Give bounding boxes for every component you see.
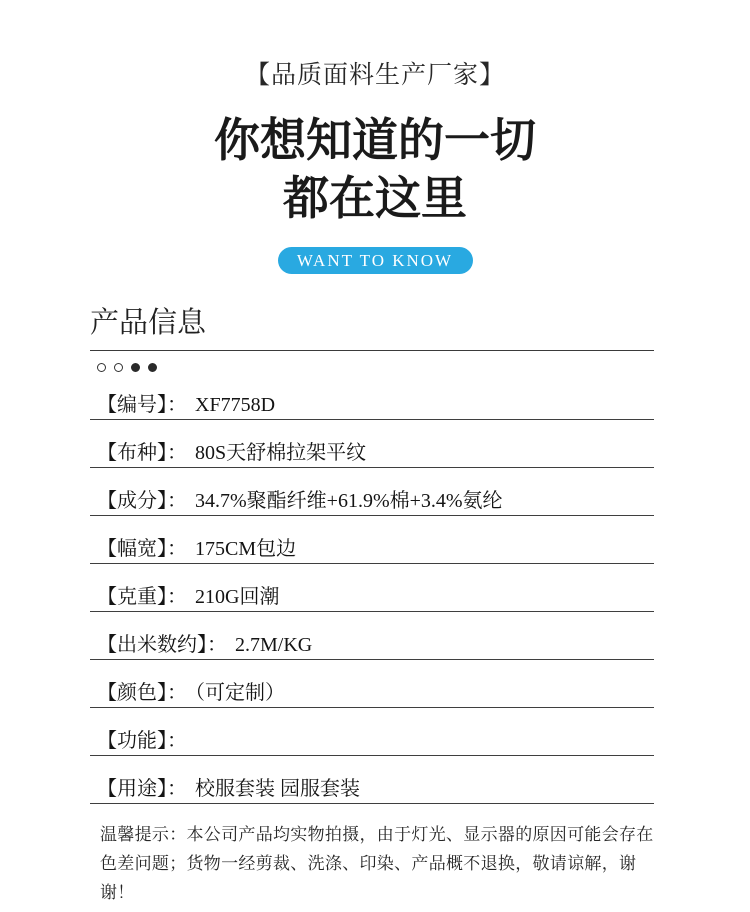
spec-label: 【幅宽】：: [97, 538, 187, 560]
notice-line1: 温馨提示：本公司产品均实物拍摄，由于灯光、显示器的原因可能会存在: [100, 820, 654, 849]
spec-row: 【出米数约】：2.7M/KG: [90, 634, 654, 660]
spec-row: 【克重】：210G回潮: [90, 586, 654, 612]
spec-label: 【功能】：: [97, 730, 187, 752]
spec-label: 【布种】：: [97, 442, 187, 464]
spec-value: 80S天舒棉拉架平纹: [195, 442, 366, 464]
spec-value: 校服套装 园服套装: [195, 778, 360, 800]
spec-value: （可定制）: [195, 682, 285, 704]
spec-list: 【编号】：XF7758D 【布种】：80S天舒棉拉架平纹 【成分】：34.7%聚…: [90, 394, 654, 804]
spec-label: 【编号】：: [97, 394, 187, 416]
spec-value: 175CM包边: [195, 538, 296, 560]
section-title: 产品信息: [90, 307, 654, 351]
notice-line2: 色差问题；货物一经剪裁、洗涤、印染、产品概不退换，敬请谅解，谢谢！: [100, 849, 654, 907]
spec-value: 2.7M/KG: [235, 634, 312, 656]
dot-icon: [131, 363, 140, 372]
spec-label: 【用途】：: [97, 778, 187, 800]
product-info-section: 产品信息 【编号】：XF7758D 【布种】：80S天舒棉拉架平纹: [90, 307, 654, 907]
page-title-line1: 你想知道的一切: [214, 115, 536, 166]
spec-row: 【幅宽】：175CM包边: [90, 538, 654, 564]
spec-row: 【用途】：校服套装 园服套装: [90, 778, 654, 804]
dot-icon: [97, 363, 106, 372]
page-title: 你想知道的一切 都在这里: [0, 112, 750, 228]
want-to-know-badge: WANT TO KNOW: [278, 247, 473, 274]
spec-value: 34.7%聚酯纤维+61.9%棉+3.4%氨纶: [195, 490, 503, 512]
spec-row: 【布种】：80S天舒棉拉架平纹: [90, 442, 654, 468]
spec-label: 【成分】：: [97, 490, 187, 512]
spec-value: 210G回潮: [195, 586, 279, 608]
dot-icon: [148, 363, 157, 372]
factory-tagline: 【品质面料生产厂家】: [0, 0, 750, 92]
product-info-page: 【品质面料生产厂家】 你想知道的一切 都在这里 WANT TO KNOW 产品信…: [0, 0, 750, 912]
spec-row: 【编号】：XF7758D: [90, 394, 654, 420]
dot-icon: [114, 363, 123, 372]
pagination-dots: [90, 362, 654, 372]
spec-label: 【出米数约】：: [97, 634, 227, 656]
page-title-line2: 都在这里: [283, 173, 467, 224]
spec-value: XF7758D: [195, 394, 275, 416]
spec-label: 【克重】：: [97, 586, 187, 608]
spec-label: 【颜色】：: [97, 682, 187, 704]
spec-row: 【颜色】：（可定制）: [90, 682, 654, 708]
spec-row: 【成分】：34.7%聚酯纤维+61.9%棉+3.4%氨纶: [90, 490, 654, 516]
notice-text: 温馨提示：本公司产品均实物拍摄，由于灯光、显示器的原因可能会存在 色差问题；货物…: [100, 820, 654, 907]
spec-row: 【功能】：: [90, 730, 654, 756]
